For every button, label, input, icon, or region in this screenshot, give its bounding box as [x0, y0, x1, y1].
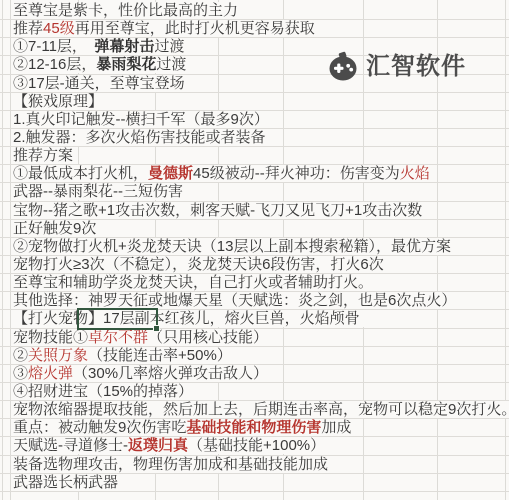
sheet-row[interactable]: ②关照万象（技能连击率+50%）	[0, 347, 509, 365]
cell-text: 推荐45级再用至尊宝，此时打火机更容易获取	[13, 20, 319, 37]
cell-text: 其他选择：神罗天征或地爆天星（天赋选：炎之剑，也是6次点火）	[13, 292, 460, 309]
sheet-row[interactable]: ③熔火弹（30%几率熔火弹攻击敌人）	[0, 365, 509, 383]
sheet-row[interactable]: 1.真火印记触发--横扫千军（最多9次）	[0, 111, 509, 129]
cell-text: 至尊宝是紫卡，性价比最高的主力	[13, 2, 242, 19]
sheet-row[interactable]: 重点：被动触发9次伤害吃基础技能和物理伤害加成	[0, 419, 509, 437]
spreadsheet-sheet: 至尊宝是紫卡，性价比最高的主力推荐45级再用至尊宝，此时打火机更容易获取①7-1…	[0, 0, 509, 500]
cell-text: ③17层-通关，至尊宝登场	[13, 75, 189, 92]
cell-text: ①最低成本打火机，曼德斯45级被动--拜火神功：伤害变为火焰	[13, 165, 434, 182]
sheet-row[interactable]: 至尊宝是紫卡，性价比最高的主力	[0, 2, 509, 20]
cell-text: 宠物技能①卓尔不群（只用核心技能）	[13, 329, 272, 346]
cell-text: ②12-16层，暴雨梨花过渡	[13, 56, 190, 73]
cell-text: 2.触发器：多次火焰伤害技能或者装备	[13, 129, 270, 146]
cell-text: ②宠物做打火机+炎龙焚天诀（13层以上副本搜索秘籍），最优方案	[13, 238, 455, 255]
sheet-row[interactable]: 推荐45级再用至尊宝，此时打火机更容易获取	[0, 20, 509, 38]
sheet-row[interactable]: 天赋选-寻道修士-返璞归真（基础技能+100%）	[0, 437, 509, 455]
cell-text: 正好触发9次	[13, 220, 100, 237]
sheet-row[interactable]: ②宠物做打火机+炎龙焚天诀（13层以上副本搜索秘籍），最优方案	[0, 238, 509, 256]
cell-text: 宠物浓缩器提取技能，然后加上去，后期连击率高，宠物可以稳定9次打火。	[13, 401, 509, 418]
sheet-row[interactable]: 宝物--猪之歌+1攻击次数，刺客天赋-飞刀又见飞刀+1攻击次数	[0, 202, 509, 220]
cell-text: 重点：被动触发9次伤害吃基础技能和物理伤害加成	[13, 419, 355, 436]
cell-text: 推荐方案	[13, 147, 77, 164]
sheet-row[interactable]: 宠物打火≥3次（不稳定），炎龙焚天诀6段伤害，打火6次	[0, 256, 509, 274]
sheet-row[interactable]: 【猴戏原理】	[0, 93, 509, 111]
sheet-row[interactable]: 推荐方案	[0, 147, 509, 165]
cell-cursor	[77, 308, 158, 330]
cell-text: 1.真火印记触发--横扫千军（最多9次）	[13, 111, 273, 128]
sheet-row[interactable]: 至尊宝和辅助学炎龙焚天诀，自己打火或者辅助打火。	[0, 274, 509, 292]
cell-text: ④招财进宝（15%的掉落）	[13, 383, 197, 400]
cell-text: 武器--暴雨梨花--三短伤害	[13, 183, 187, 200]
sheet-row[interactable]: ①最低成本打火机，曼德斯45级被动--拜火神功：伤害变为火焰	[0, 165, 509, 183]
cell-text: ②关照万象（技能连击率+50%）	[13, 347, 236, 364]
cell-text: 【打火宠物】17层副本红孩儿，熔火巨兽，火焰颅骨	[13, 310, 364, 327]
gamepad-icon	[327, 51, 359, 83]
sheet-row[interactable]: 武器--暴雨梨花--三短伤害	[0, 183, 509, 201]
sheet-row[interactable]: 宠物浓缩器提取技能，然后加上去，后期连击率高，宠物可以稳定9次打火。	[0, 401, 509, 419]
cell-text: 装备选物理攻击，物理伤害加成和基础技能加成	[13, 456, 332, 473]
cell-text: 宠物打火≥3次（不稳定），炎龙焚天诀6段伤害，打火6次	[13, 256, 388, 273]
sheet-row[interactable]: 2.触发器：多次火焰伤害技能或者装备	[0, 129, 509, 147]
cell-text: ①7-11层， 弹幕射击过渡	[13, 38, 188, 55]
cell-text: 宝物--猪之歌+1攻击次数，刺客天赋-飞刀又见飞刀+1攻击次数	[13, 202, 426, 219]
sheet-row[interactable]: 宠物技能①卓尔不群（只用核心技能）	[0, 329, 509, 347]
fill-handle[interactable]	[153, 325, 160, 332]
cell-text: 天赋选-寻道修士-返璞归真（基础技能+100%）	[13, 437, 329, 454]
sheet-row[interactable]: 正好触发9次	[0, 220, 509, 238]
sheet-row[interactable]: 武器选长柄武器	[0, 474, 509, 492]
watermark-logo: 汇智软件	[327, 51, 466, 83]
cell-text: ③熔火弹（30%几率熔火弹攻击敌人）	[13, 365, 272, 382]
sheet-row[interactable]: 装备选物理攻击，物理伤害加成和基础技能加成	[0, 456, 509, 474]
sheet-row[interactable]: ④招财进宝（15%的掉落）	[0, 383, 509, 401]
cell-text: 至尊宝和辅助学炎龙焚天诀，自己打火或者辅助打火。	[13, 274, 377, 291]
logo-text: 汇智软件	[366, 55, 466, 79]
cell-text: 武器选长柄武器	[13, 474, 122, 491]
cell-text: 【猴戏原理】	[13, 93, 107, 110]
